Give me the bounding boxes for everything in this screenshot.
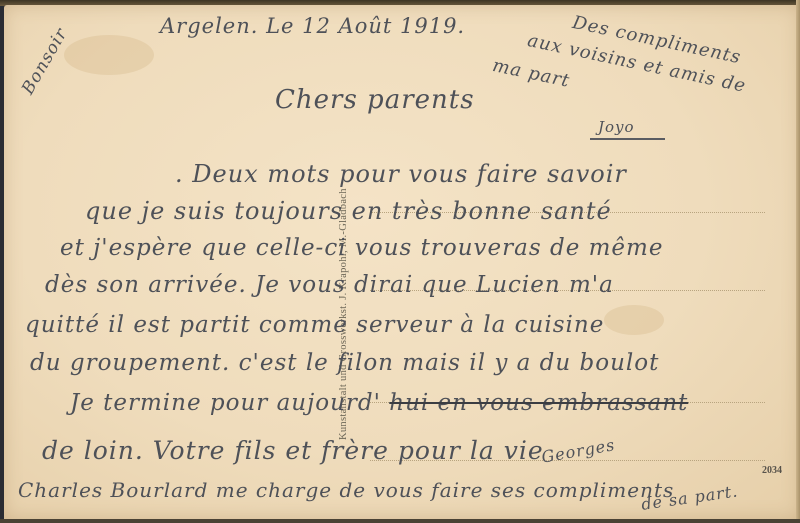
card-bottom-edge (0, 519, 800, 523)
body-line-5: quitté il est partit comme serveur à la … (25, 312, 604, 338)
closing-line: de loin. Votre fils et frère pour la vie (42, 436, 544, 465)
final-line: Charles Bourlard me charge de vous faire… (18, 478, 674, 502)
card-number: 2034 (762, 465, 782, 476)
body-line-1: . Deux mots pour vous faire savoir (175, 160, 627, 188)
struck-text: hui en vous embrassant (389, 390, 688, 416)
body-line-4: dès son arrivée. Je vous dirai que Lucie… (45, 272, 614, 298)
body-line-3: et j'espère que celle-ci vous trouveras … (60, 235, 663, 261)
paper-stain (604, 305, 664, 335)
place-date: Argelen. Le 12 Août 1919. (160, 14, 465, 38)
salutation: Chers parents (275, 85, 475, 115)
postscript-signature: Joyo (590, 118, 665, 140)
card-right-edge (796, 0, 800, 523)
body-line-6: du groupement. c'est le filon mais il y … (30, 350, 659, 376)
body-line-7-text: Je termine pour aujourd' (70, 390, 381, 416)
paper-stain (64, 35, 154, 75)
body-line-2: que je suis toujours en très bonne santé (85, 197, 612, 225)
body-line-7: Je termine pour aujourd' hui en vous emb… (70, 390, 688, 416)
